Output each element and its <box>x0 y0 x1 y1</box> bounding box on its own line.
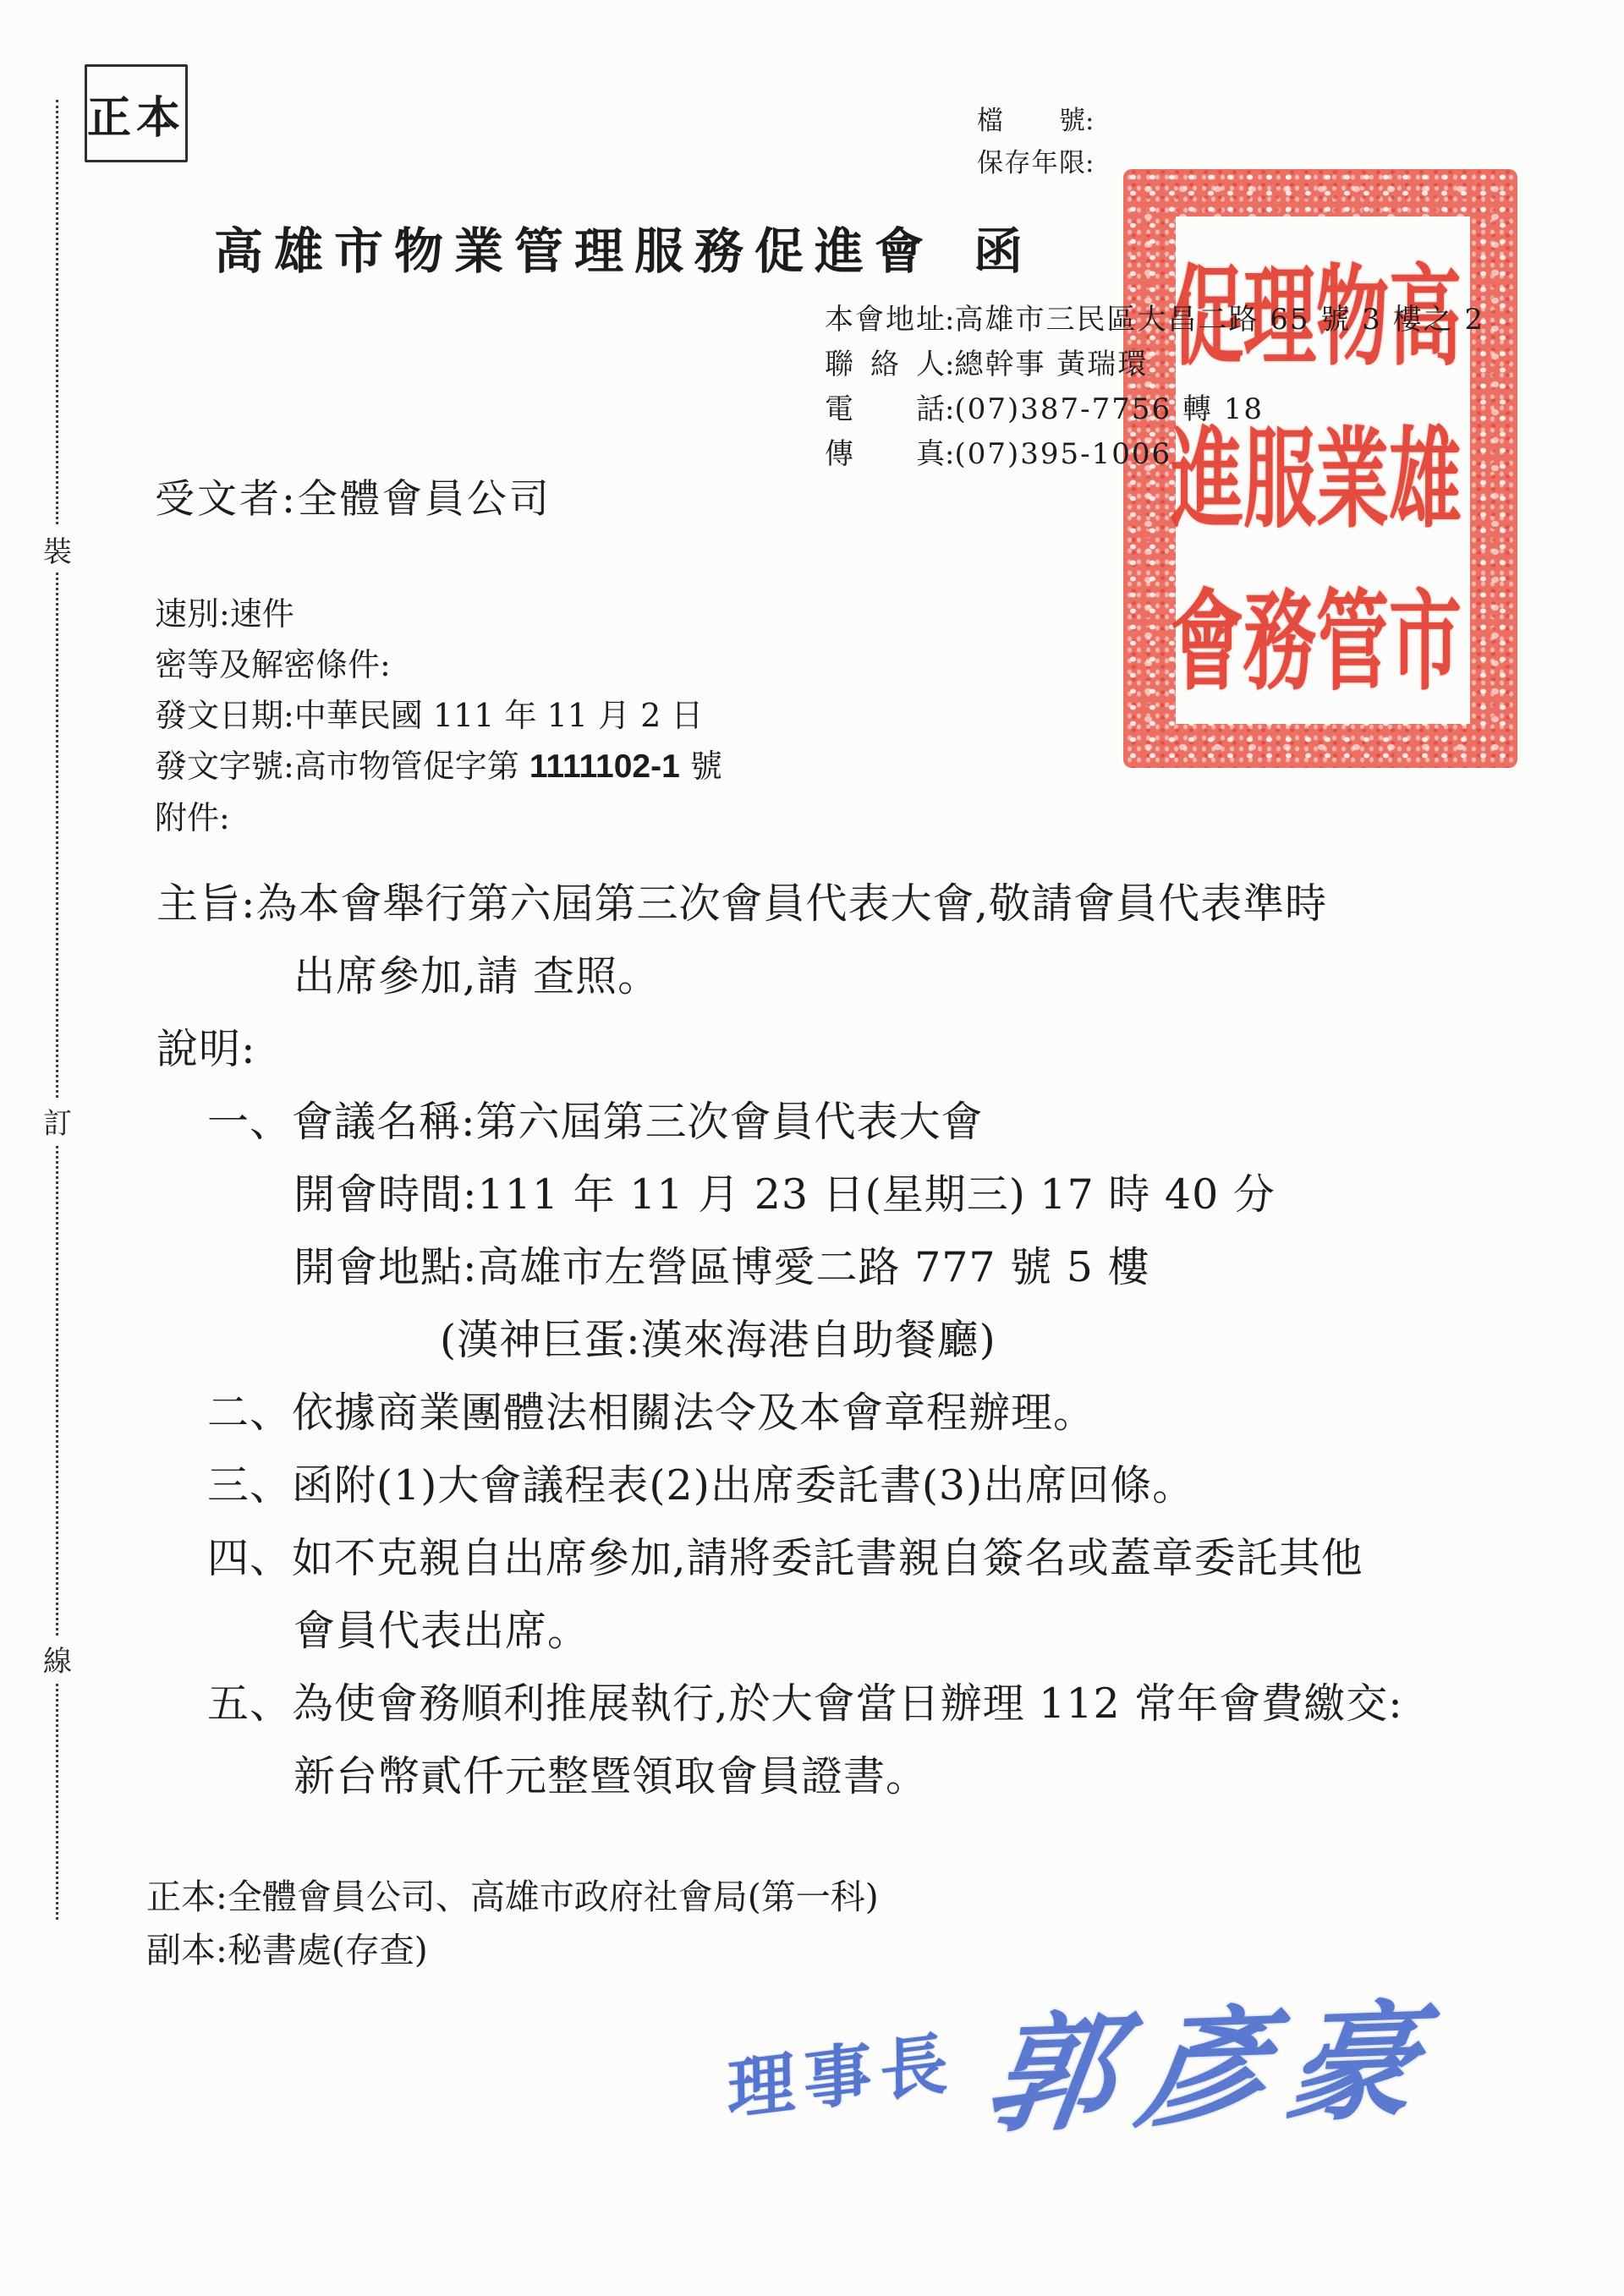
colon: : <box>1085 106 1094 136</box>
copy-type-box: 正本 <box>85 64 188 162</box>
org-contact-row: 聯絡人:總幹事 黃瑞環 <box>825 342 1484 387</box>
org-address-value: 高雄市三民區大昌二路 65 號 3 樓之 2 <box>954 303 1484 337</box>
meta-block: 速別:速件 密等及解密條件: 發文日期:中華民國 111 年 11 月 2 日 … <box>155 589 722 843</box>
item-4-proxy-line-1: 四、如不克親自出席參加,請將委託書親自簽名或蓋章委託其他 <box>207 1522 1403 1595</box>
org-fax-row: 傳真:(07)395-1006 <box>825 432 1484 477</box>
retention-row: 保存年限: <box>977 142 1094 184</box>
binding-mark-ding: 訂 <box>37 1098 78 1144</box>
org-phone-value: (07)387-7756 轉 18 <box>954 392 1264 426</box>
scanned-official-letter: 高 雄 市 物 業 管 理 服 務 促 進 會 裝 訂 線 正本 <box>0 0 1624 2296</box>
chairman-title: 理事長 <box>727 2008 957 2133</box>
org-address-label: 本會地址 <box>825 298 945 342</box>
doc-number-line: 發文字號:高市物管促字第 1111102-1 號 <box>155 741 722 792</box>
binding-mark-zhuang: 裝 <box>37 526 78 573</box>
doc-number-suffix: 號 <box>680 748 722 785</box>
cc-block: 正本:全體會員公司、高雄市政府社會局(第一科) 副本:秘書處(存查) <box>146 1871 879 1977</box>
doc-type-letter: 函 <box>974 222 1034 280</box>
file-number-row: 檔號: <box>977 100 1094 142</box>
item-1-meeting-place: 開會地點:高雄市左營區博愛二路 777 號 5 樓 <box>294 1231 1403 1304</box>
org-address-row: 本會地址:高雄市三民區大昌二路 65 號 3 樓之 2 <box>825 298 1484 342</box>
org-contact-label: 聯絡人 <box>825 342 945 387</box>
item-1-meeting-name: 一、會議名稱:第六屆第三次會員代表大會 <box>207 1086 1403 1159</box>
cc-original-line: 正本:全體會員公司、高雄市政府社會局(第一科) <box>146 1871 879 1924</box>
letter-body: 主旨:為本會舉行第六屆第三次會員代表大會,敬請會員代表準時 出席參加,請 查照。… <box>156 868 1403 1813</box>
org-name-title: 高雄市物業管理服務促進會 <box>214 222 935 280</box>
doc-number-value: 1111102-1 <box>529 748 680 785</box>
colon: : <box>945 437 954 471</box>
org-contact-value: 總幹事 黃瑞環 <box>954 348 1148 381</box>
colon: : <box>945 303 954 337</box>
explanation-heading: 說明: <box>156 1013 1403 1086</box>
seal-character: 市 <box>1389 554 1462 711</box>
security-class-line: 密等及解密條件: <box>155 639 722 690</box>
retention-label: 保存年限 <box>977 142 1085 184</box>
item-5-fee-line-2: 新台幣貳仟元整暨領取會員證書。 <box>294 1740 1403 1813</box>
file-number-label: 檔號 <box>977 100 1085 142</box>
issue-date-line: 發文日期:中華民國 111 年 11 月 2 日 <box>155 690 722 741</box>
item-2-legal-basis: 二、依據商業團體法相關法令及本會章程辦理。 <box>207 1377 1403 1449</box>
item-3-attachments: 三、函附(1)大會議程表(2)出席委託書(3)出席回條。 <box>207 1449 1403 1522</box>
item-1-venue-note: (漢神巨蛋:漢來海港自助餐廳) <box>440 1304 1403 1377</box>
seal-character: 會 <box>1171 554 1243 711</box>
subject-line-1: 主旨:為本會舉行第六屆第三次會員代表大會,敬請會員代表準時 <box>156 868 1403 940</box>
colon: : <box>945 348 954 381</box>
recipient-line: 受文者:全體會員公司 <box>155 468 551 524</box>
binding-mark-xian: 線 <box>37 1636 78 1682</box>
archive-fields: 檔號: 保存年限: <box>977 100 1094 184</box>
colon: : <box>945 392 954 426</box>
org-fax-value: (07)395-1006 <box>954 437 1171 471</box>
doc-number-prefix: 發文字號:高市物管促字第 <box>155 748 529 785</box>
org-fax-label: 傳真 <box>825 432 945 477</box>
item-4-proxy-line-2: 會員代表出席。 <box>294 1595 1403 1668</box>
cc-copy-line: 副本:秘書處(存查) <box>146 1924 879 1977</box>
org-phone-row: 電話:(07)387-7756 轉 18 <box>825 387 1484 432</box>
document-title: 高雄市物業管理服務促進會函 <box>214 211 1034 282</box>
seal-character: 管 <box>1316 554 1389 711</box>
chairman-signature-stamp: 理事長 郭彥豪 <box>724 1958 1444 2165</box>
item-1-meeting-time: 開會時間:111 年 11 月 23 日(星期三) 17 時 40 分 <box>294 1159 1403 1231</box>
seal-character: 務 <box>1243 554 1316 711</box>
org-phone-label: 電話 <box>825 387 945 432</box>
chairman-name: 郭彥豪 <box>977 1958 1454 2157</box>
org-contact-block: 本會地址:高雄市三民區大昌二路 65 號 3 樓之 2 聯絡人:總幹事 黃瑞環 … <box>825 298 1484 477</box>
attachment-line: 附件: <box>155 792 722 843</box>
speed-class-line: 速別:速件 <box>155 589 722 639</box>
colon: : <box>1085 148 1094 178</box>
subject-line-2: 出席參加,請 查照。 <box>294 940 1403 1013</box>
item-5-fee-line-1: 五、為使會務順利推展執行,於大會當日辦理 112 常年會費繳交: <box>207 1668 1403 1740</box>
